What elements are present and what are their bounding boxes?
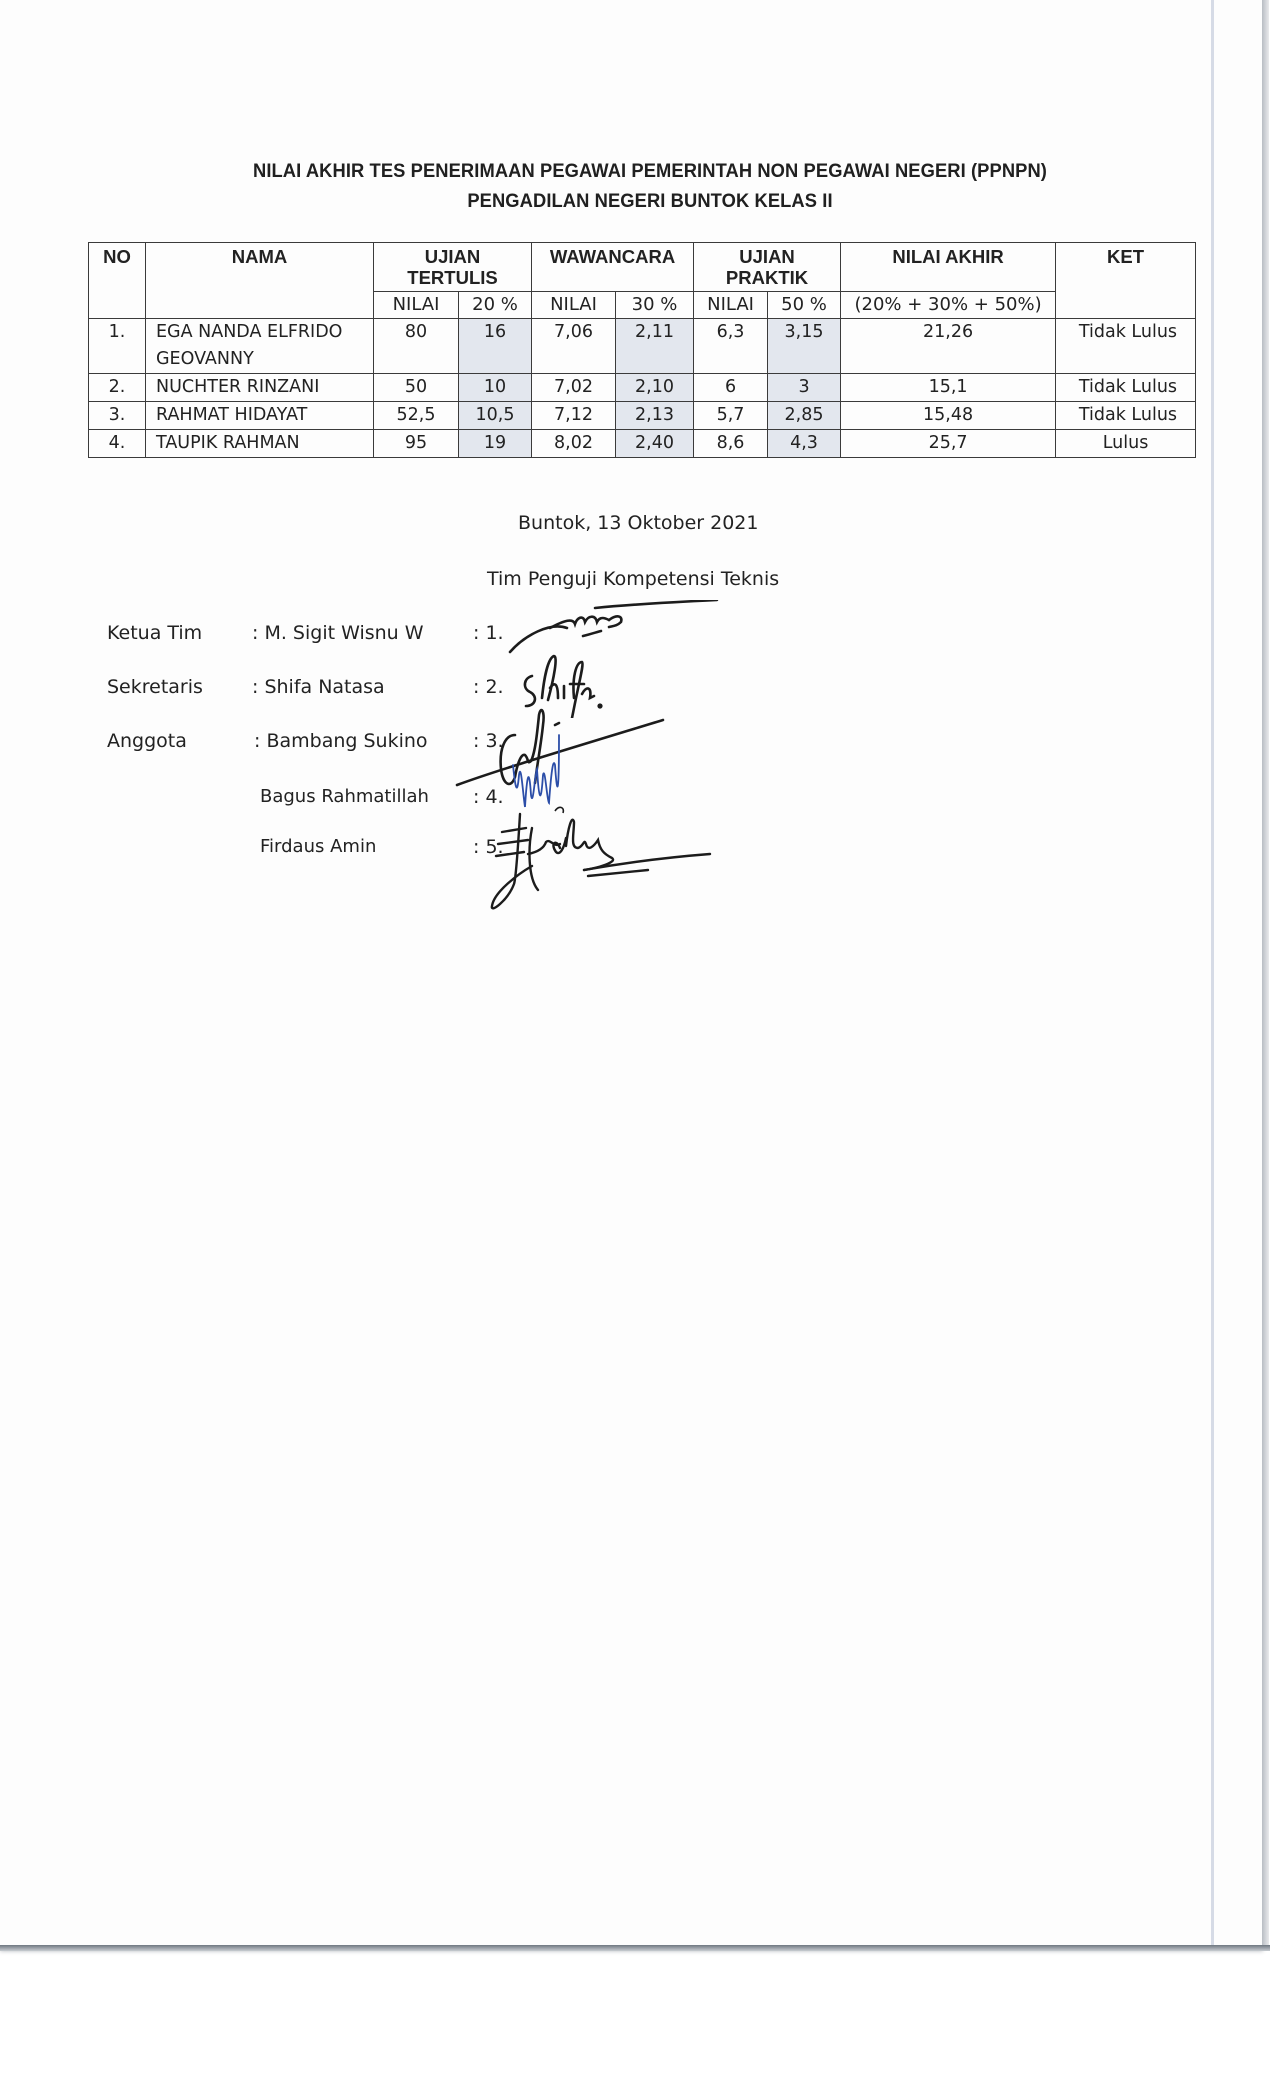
- cell-nama: TAUPIK RAHMAN: [146, 430, 374, 458]
- cell-nilai-akhir: 15,48: [841, 402, 1056, 430]
- cell-ket: Tidak Lulus: [1056, 319, 1196, 374]
- cell-no: 2.: [89, 374, 146, 402]
- cell-no: 1.: [89, 319, 146, 374]
- header-ujian-tertulis: UJIANTERTULIS: [374, 243, 532, 292]
- subheader-tertulis-pct: 20 %: [459, 292, 532, 319]
- member-name: : Shifa Natasa: [252, 676, 385, 698]
- subheader-praktik-nilai: NILAI: [694, 292, 768, 319]
- table-row: 1.EGA NANDA ELFRIDO GEOVANNY80167,062,11…: [89, 319, 1196, 374]
- member-name: : M. Sigit Wisnu W: [252, 622, 424, 644]
- member-name: Firdaus Amin: [260, 836, 376, 857]
- table-row: 4.TAUPIK RAHMAN95198,022,408,64,325,7Lul…: [89, 430, 1196, 458]
- cell-tertulis-pct: 16: [459, 319, 532, 374]
- cell-wawancara-nilai: 8,02: [532, 430, 616, 458]
- team-title: Tim Penguji Kompetensi Teknis: [487, 568, 779, 590]
- cell-praktik-nilai: 8,6: [694, 430, 768, 458]
- cell-no: 3.: [89, 402, 146, 430]
- table-row: 3.RAHMAT HIDAYAT52,510,57,122,135,72,851…: [89, 402, 1196, 430]
- page-bottom-shadow: [0, 1945, 1270, 1951]
- member-role: Sekretaris: [107, 676, 203, 698]
- subheader-nilai-akhir-formula: (20% + 30% + 50%): [841, 292, 1056, 319]
- cell-wawancara-pct: 2,40: [616, 430, 694, 458]
- subheader-wawancara-pct: 30 %: [616, 292, 694, 319]
- cell-praktik-nilai: 6: [694, 374, 768, 402]
- cell-tertulis-pct: 10: [459, 374, 532, 402]
- cell-nilai-akhir: 21,26: [841, 319, 1056, 374]
- cell-ket: Tidak Lulus: [1056, 374, 1196, 402]
- subheader-tertulis-nilai: NILAI: [374, 292, 459, 319]
- header-ujian-praktik: UJIANPRAKTIK: [694, 243, 841, 292]
- cell-wawancara-nilai: 7,02: [532, 374, 616, 402]
- page-fold-line: [1211, 0, 1214, 1945]
- cell-nilai-akhir: 25,7: [841, 430, 1056, 458]
- cell-tertulis-pct: 10,5: [459, 402, 532, 430]
- cell-praktik-pct: 3: [768, 374, 841, 402]
- member-name: Bagus Rahmatillah: [260, 786, 429, 807]
- cell-nama: RAHMAT HIDAYAT: [146, 402, 374, 430]
- cell-nilai-akhir: 15,1: [841, 374, 1056, 402]
- cell-tertulis-nilai: 52,5: [374, 402, 459, 430]
- header-ket: KET: [1056, 243, 1196, 319]
- header-no: NO: [89, 243, 146, 319]
- cell-nama: EGA NANDA ELFRIDO GEOVANNY: [146, 319, 374, 374]
- cell-wawancara-nilai: 7,12: [532, 402, 616, 430]
- cell-tertulis-nilai: 80: [374, 319, 459, 374]
- cell-no: 4.: [89, 430, 146, 458]
- table-row: 2.NUCHTER RINZANI50107,022,106315,1Tidak…: [89, 374, 1196, 402]
- signature-5: [488, 808, 713, 918]
- cell-tertulis-nilai: 95: [374, 430, 459, 458]
- cell-praktik-pct: 4,3: [768, 430, 841, 458]
- cell-ket: Lulus: [1056, 430, 1196, 458]
- cell-wawancara-nilai: 7,06: [532, 319, 616, 374]
- place-date: Buntok, 13 Oktober 2021: [518, 512, 758, 534]
- score-table: NO NAMA UJIANTERTULIS WAWANCARA UJIANPRA…: [88, 242, 1196, 458]
- cell-tertulis-nilai: 50: [374, 374, 459, 402]
- subheader-praktik-pct: 50 %: [768, 292, 841, 319]
- cell-nama: NUCHTER RINZANI: [146, 374, 374, 402]
- member-role: Anggota: [107, 730, 187, 752]
- document-title: NILAI AKHIR TES PENERIMAAN PEGAWAI PEMER…: [133, 160, 1167, 183]
- header-nilai-akhir: NILAI AKHIR: [841, 243, 1056, 292]
- member-number: : 1.: [473, 622, 504, 644]
- signature-3: [455, 705, 670, 815]
- member-role: Ketua Tim: [107, 622, 202, 644]
- document-subtitle: PENGADILAN NEGERI BUNTOK KELAS II: [133, 190, 1167, 213]
- cell-wawancara-pct: 2,13: [616, 402, 694, 430]
- cell-wawancara-pct: 2,11: [616, 319, 694, 374]
- cell-ket: Tidak Lulus: [1056, 402, 1196, 430]
- cell-praktik-pct: 2,85: [768, 402, 841, 430]
- member-name: : Bambang Sukino: [254, 730, 428, 752]
- cell-tertulis-pct: 19: [459, 430, 532, 458]
- cell-praktik-pct: 3,15: [768, 319, 841, 374]
- page-edge: [1262, 0, 1269, 1950]
- cell-praktik-nilai: 5,7: [694, 402, 768, 430]
- header-nama: NAMA: [146, 243, 374, 319]
- cell-wawancara-pct: 2,10: [616, 374, 694, 402]
- member-number: : 2.: [473, 676, 504, 698]
- header-wawancara: WAWANCARA: [532, 243, 694, 292]
- subheader-wawancara-nilai: NILAI: [532, 292, 616, 319]
- cell-praktik-nilai: 6,3: [694, 319, 768, 374]
